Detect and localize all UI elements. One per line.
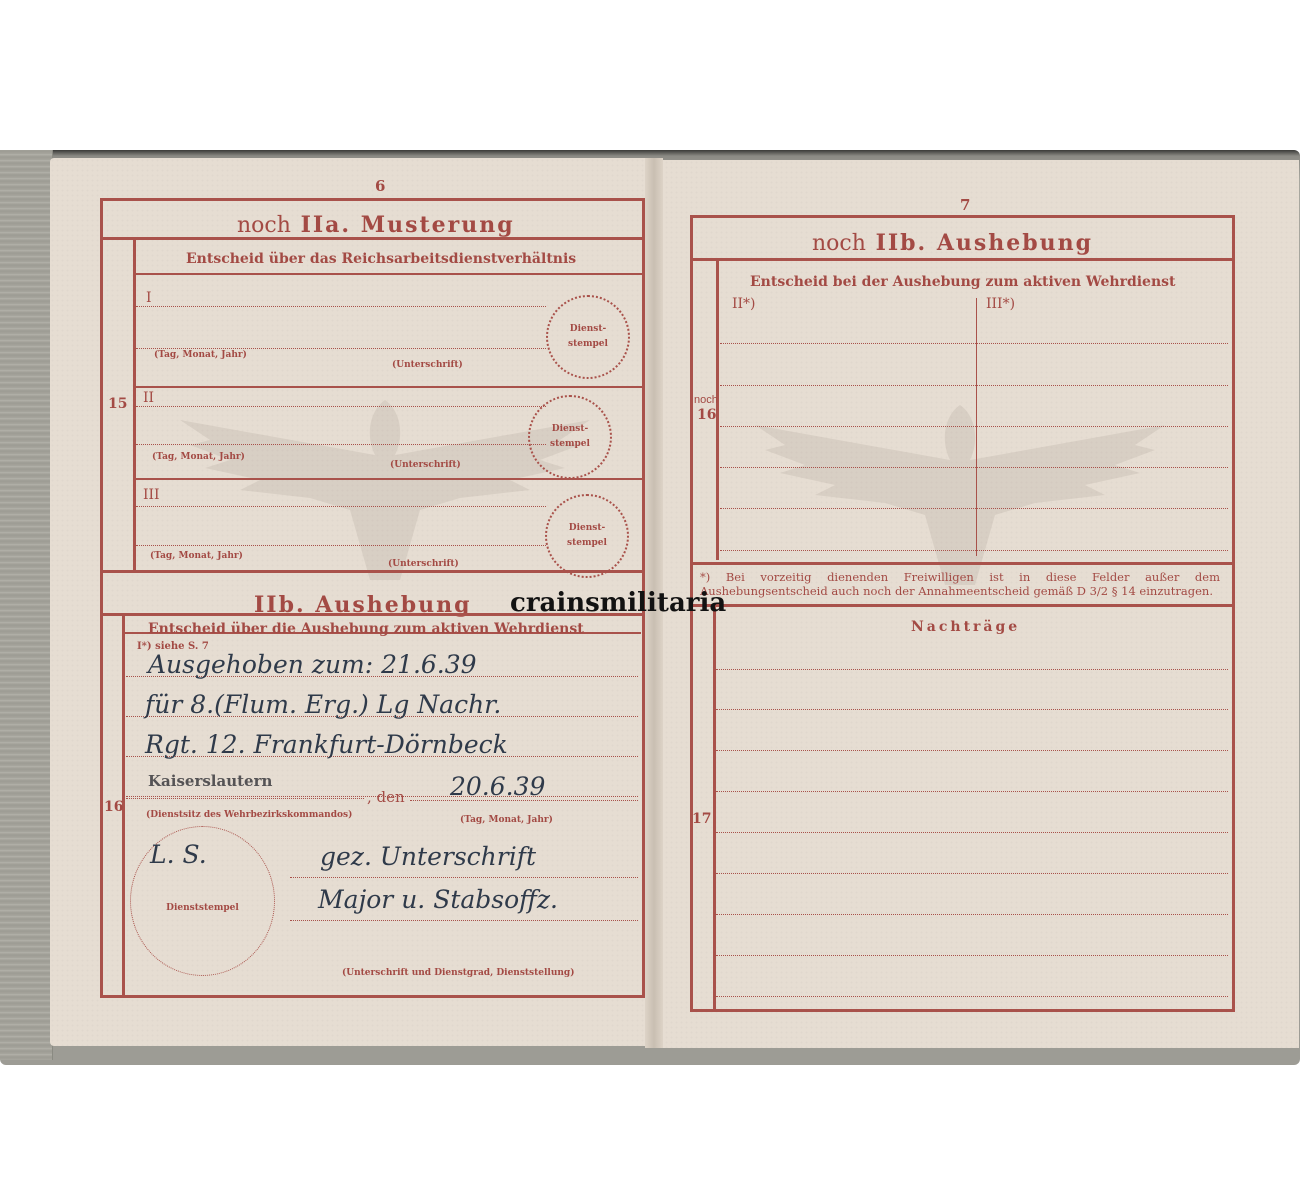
- input-line[interactable]: [720, 426, 1228, 427]
- date-label: (Tag, Monat, Jahr): [154, 350, 247, 360]
- place-input-line[interactable]: [126, 798, 364, 799]
- footnote: *) Bei vorzeitig dienenden Freiwilligen …: [700, 570, 1220, 598]
- divider: [690, 562, 1235, 565]
- input-line[interactable]: [716, 669, 1228, 670]
- book-spine-edge: [0, 150, 53, 1060]
- divider: [690, 604, 1235, 607]
- entry-roman-ii: II: [143, 390, 154, 406]
- subtitle-reichsarbeitsdienst: Entscheid über das Reichsarbeitsdienstve…: [186, 251, 576, 267]
- input-line[interactable]: [136, 545, 546, 546]
- page-number-left: 6: [375, 177, 385, 195]
- entry-roman-i: I: [146, 290, 152, 306]
- column-label-iii: III*): [986, 296, 1015, 312]
- input-line[interactable]: [136, 444, 546, 445]
- input-line[interactable]: [716, 955, 1228, 956]
- subtitle-aushebung: Entscheid über die Aushebung zum aktiven…: [148, 621, 584, 637]
- handwritten-stamp-initials: L. S.: [150, 840, 207, 869]
- service-stamp-circle: Dienst-stempel: [528, 395, 612, 479]
- divider: [690, 258, 1235, 261]
- column-divider: [976, 298, 977, 556]
- row-number-16: 16: [104, 799, 123, 815]
- handwritten-line: für 8.(Flum. Erg.) Lg Nachr.: [145, 690, 501, 719]
- subtitle-aushebung-right: Entscheid bei der Aushebung zum aktiven …: [750, 274, 1176, 290]
- input-line[interactable]: [716, 914, 1228, 915]
- input-line[interactable]: [720, 385, 1228, 386]
- input-line[interactable]: [136, 348, 546, 349]
- divider: [713, 606, 716, 1010]
- date-label: (Tag, Monat, Jahr): [152, 452, 245, 462]
- input-line[interactable]: [716, 996, 1228, 997]
- signature-label: (Unterschrift): [392, 360, 463, 370]
- input-line[interactable]: [716, 791, 1228, 792]
- handwritten-line: Ausgehoben zum: 21.6.39: [148, 650, 477, 679]
- divider: [100, 237, 645, 240]
- input-line[interactable]: [716, 750, 1228, 751]
- divider: [133, 240, 136, 570]
- den-label: , den: [367, 788, 405, 806]
- service-stamp-circle: Dienst-stempel: [545, 494, 629, 578]
- divider: [100, 570, 645, 573]
- signature-input-line[interactable]: [290, 877, 638, 878]
- section-title-musterung: noch IIa. Musterung: [237, 212, 515, 238]
- date-label: (Tag, Monat, Jahr): [150, 551, 243, 561]
- nachtraege-title: Nachträge: [911, 619, 1020, 635]
- handwritten-signature: gez. Unterschrift: [320, 842, 536, 871]
- divider: [135, 273, 643, 275]
- signature-input-line[interactable]: [290, 920, 638, 921]
- page-number-right: 7: [960, 196, 970, 214]
- input-line[interactable]: [720, 508, 1228, 509]
- signature-label: (Unterschrift): [390, 460, 461, 470]
- input-line[interactable]: [716, 873, 1228, 874]
- input-line[interactable]: [136, 506, 546, 507]
- signature-label: (Unterschrift und Dienstgrad, Dienststel…: [342, 968, 575, 978]
- input-line[interactable]: [136, 406, 546, 407]
- divider: [135, 478, 643, 480]
- row-number-17: 17: [692, 811, 711, 827]
- right-form-frame: [690, 215, 1235, 1012]
- handwritten-rank: Major u. Stabsoffz.: [318, 885, 558, 914]
- input-line[interactable]: [716, 709, 1228, 710]
- column-label-ii: II*): [732, 296, 756, 312]
- place-stamp-text: Kaiserslautern: [148, 772, 272, 790]
- input-line[interactable]: [720, 467, 1228, 468]
- handwritten-date: 20.6.39: [450, 772, 545, 801]
- entry-roman-iii: III: [143, 487, 160, 503]
- input-line[interactable]: [720, 550, 1228, 551]
- divider: [135, 386, 643, 388]
- input-line[interactable]: [716, 832, 1228, 833]
- section-title-aushebung-continued: noch IIb. Aushebung: [812, 230, 1093, 256]
- row-number-15: 15: [108, 396, 127, 412]
- signature-label: (Unterschrift): [388, 559, 459, 569]
- handwritten-line: Rgt. 12. Frankfurt-Dörnbeck: [145, 730, 508, 759]
- date-label: (Tag, Monat, Jahr): [460, 815, 553, 825]
- row-number-16-continued: 16: [697, 407, 716, 423]
- row-prefix-noch: noch: [694, 394, 718, 406]
- place-label: (Dienstsitz des Wehrbezirkskommandos): [146, 810, 352, 820]
- service-stamp-circle: Dienst-stempel: [546, 295, 630, 379]
- input-line[interactable]: [136, 306, 546, 307]
- input-line[interactable]: [720, 343, 1228, 344]
- watermark-text: crainsmilitaria: [510, 588, 726, 618]
